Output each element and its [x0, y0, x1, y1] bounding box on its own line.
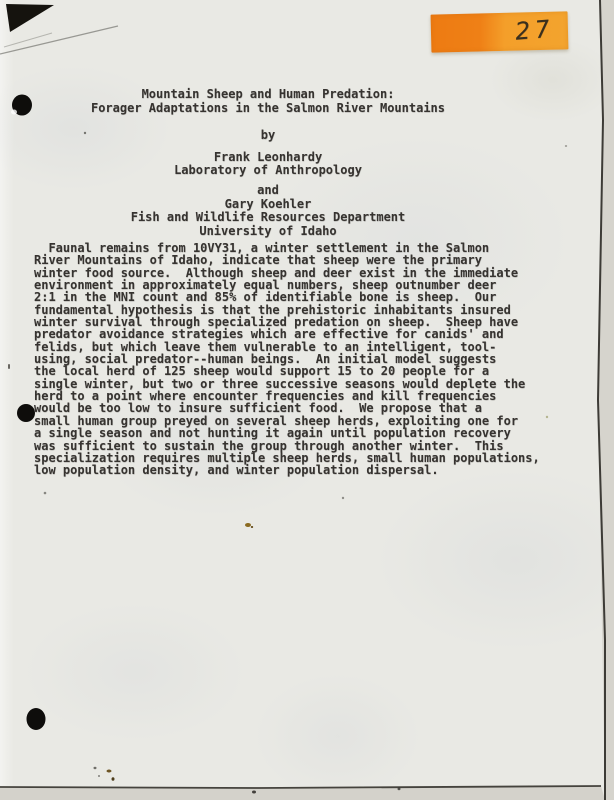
author2-affiliation1: Fish and Wildlife Resources Department — [0, 211, 536, 224]
abstract-paragraph: Faunal remains from 10VY31, a winter set… — [34, 242, 594, 477]
abstract-line: low population density, and winter popul… — [34, 464, 594, 476]
abstract-line: the local herd of 125 sheep would suppor… — [34, 365, 594, 377]
author2-affiliation2: University of Idaho — [0, 225, 536, 238]
scanned-page: Mountain Sheep and Human Predation: Fora… — [0, 0, 614, 800]
document-title-line1: Mountain Sheep and Human Predation: — [0, 88, 536, 101]
document-title-line2: Forager Adaptations in the Salmon River … — [0, 102, 536, 115]
author-connector: and — [0, 184, 536, 197]
paper-sheet: Mountain Sheep and Human Predation: Fora… — [0, 0, 614, 800]
sticky-note-number: 27 — [514, 15, 555, 46]
author2-name: Gary Koehler — [0, 198, 536, 211]
byline: by — [0, 129, 536, 142]
sticky-note: 27 — [431, 11, 569, 52]
abstract-line: a single season and not hunting it again… — [34, 427, 594, 439]
author1-affiliation: Laboratory of Anthropology — [0, 164, 536, 177]
abstract-line: was sufficient to sustain the group thro… — [34, 440, 594, 452]
abstract-line: predator avoidance strategies which are … — [34, 328, 594, 340]
abstract-line: 2:1 in the MNI count and 85% of identifi… — [34, 291, 594, 303]
author1-name: Frank Leonhardy — [0, 151, 536, 164]
abstract-line: would be too low to insure sufficient fo… — [34, 402, 594, 414]
abstract-line: River Mountains of Idaho, indicate that … — [34, 254, 594, 266]
